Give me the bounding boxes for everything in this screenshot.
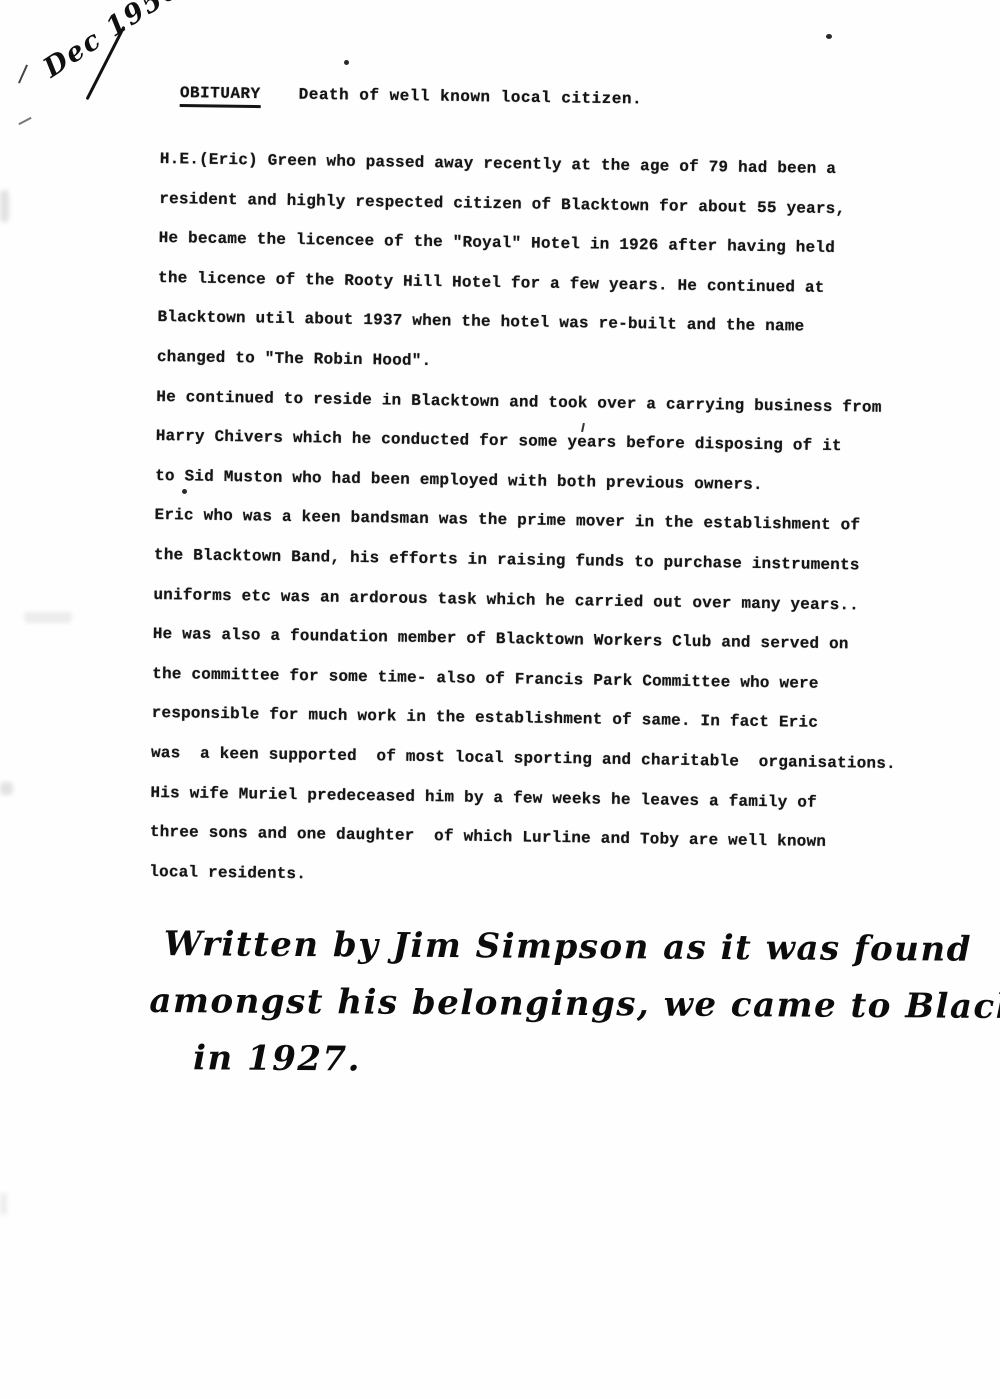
obituary-title: OBITUARY: [180, 84, 261, 108]
ink-speck: [344, 60, 349, 65]
scan-edge-smudge: [0, 782, 13, 795]
document-heading: OBITUARYDeath of well known local citize…: [180, 84, 642, 108]
obituary-body: H.E.(Eric) Green who passed away recentl…: [149, 150, 960, 914]
ink-speck: [826, 34, 832, 39]
corner-pen-mark: [18, 117, 31, 125]
scan-edge-smudge: [24, 612, 72, 623]
corner-pen-mark: [18, 64, 28, 83]
scan-edge-smudge: [0, 190, 9, 222]
handwritten-date-annotation: Dec 1950: [38, 0, 187, 84]
obituary-subtitle: Death of well known local citizen.: [299, 86, 643, 109]
handwritten-note-line: Written by Jim Simpson as it was found: [150, 924, 1000, 988]
ink-speck: [182, 489, 187, 494]
handwritten-note: Written by Jim Simpson as it was found a…: [149, 924, 1000, 1102]
handwritten-note-line: amongst his belongings, we came to Black…: [149, 981, 1000, 1045]
scanned-document-page: Dec 1950 OBITUARYDeath of well known loc…: [0, 0, 1000, 1399]
handwritten-note-line: in 1927.: [149, 1038, 1000, 1102]
scan-edge-smudge: [0, 1193, 7, 1215]
